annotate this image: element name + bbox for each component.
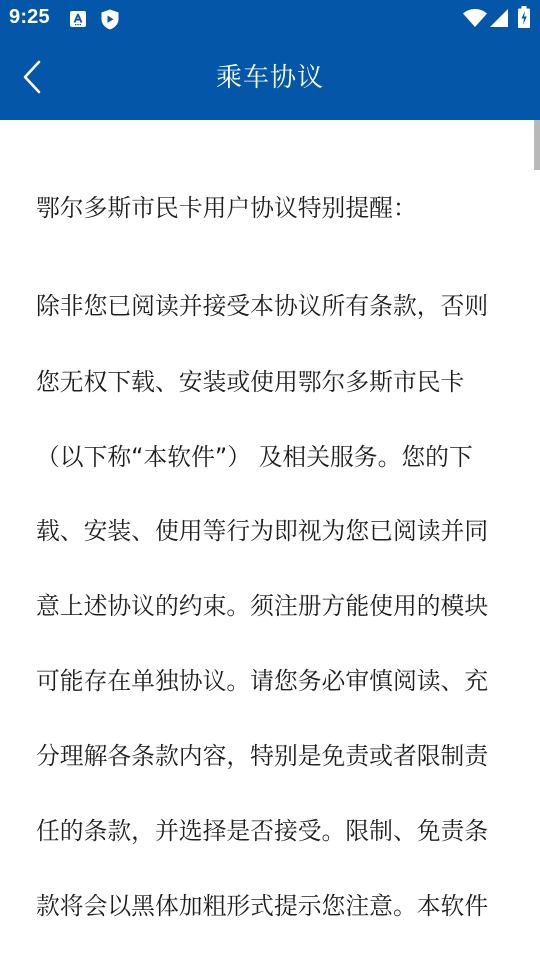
scrollbar-thumb[interactable] bbox=[534, 120, 540, 170]
agreement-content[interactable]: 鄂尔多斯市民卡用户协议特别提醒： 除非您已阅读并接受本协议所有条款，否则 您无权… bbox=[0, 120, 540, 960]
wifi-icon bbox=[463, 9, 487, 27]
agreement-line: 除非您已阅读并接受本协议所有条款，否则 bbox=[36, 291, 488, 321]
battery-charging-icon bbox=[518, 6, 530, 28]
cellular-signal-icon bbox=[490, 9, 508, 27]
agreement-line: 意上述协议的约束。须注册方能使用的模块 bbox=[36, 591, 488, 621]
play-shield-icon bbox=[101, 9, 119, 30]
agreement-line: （以下称“本软件”） 及相关服务。您的下 bbox=[36, 442, 473, 472]
agreement-heading: 鄂尔多斯市民卡用户协议特别提醒： bbox=[36, 193, 417, 223]
page-title: 乘车协议 bbox=[0, 60, 540, 96]
status-time: 9:25 bbox=[9, 6, 50, 29]
navigation-bar: 乘车协议 bbox=[0, 38, 540, 120]
app-header: 9:25 bbox=[0, 0, 540, 120]
agreement-line: 可能存在单独协议。请您务必审慎阅读、充 bbox=[36, 666, 488, 696]
text-input-icon bbox=[70, 11, 86, 27]
agreement-line: 分理解各条款内容，特别是免责或者限制责 bbox=[36, 741, 488, 771]
agreement-line: 载、安装、使用等行为即视为您已阅读并同 bbox=[36, 516, 488, 546]
agreement-line: 您无权下载、安装或使用鄂尔多斯市民卡 bbox=[36, 367, 464, 397]
agreement-line: 任的条款，并选择是否接受。限制、免责条 bbox=[36, 816, 488, 846]
agreement-line: 款将会以黑体加粗形式提示您注意。本软件 bbox=[36, 891, 488, 921]
status-bar: 9:25 bbox=[0, 0, 540, 38]
agreement-screen: 9:25 bbox=[0, 0, 540, 960]
